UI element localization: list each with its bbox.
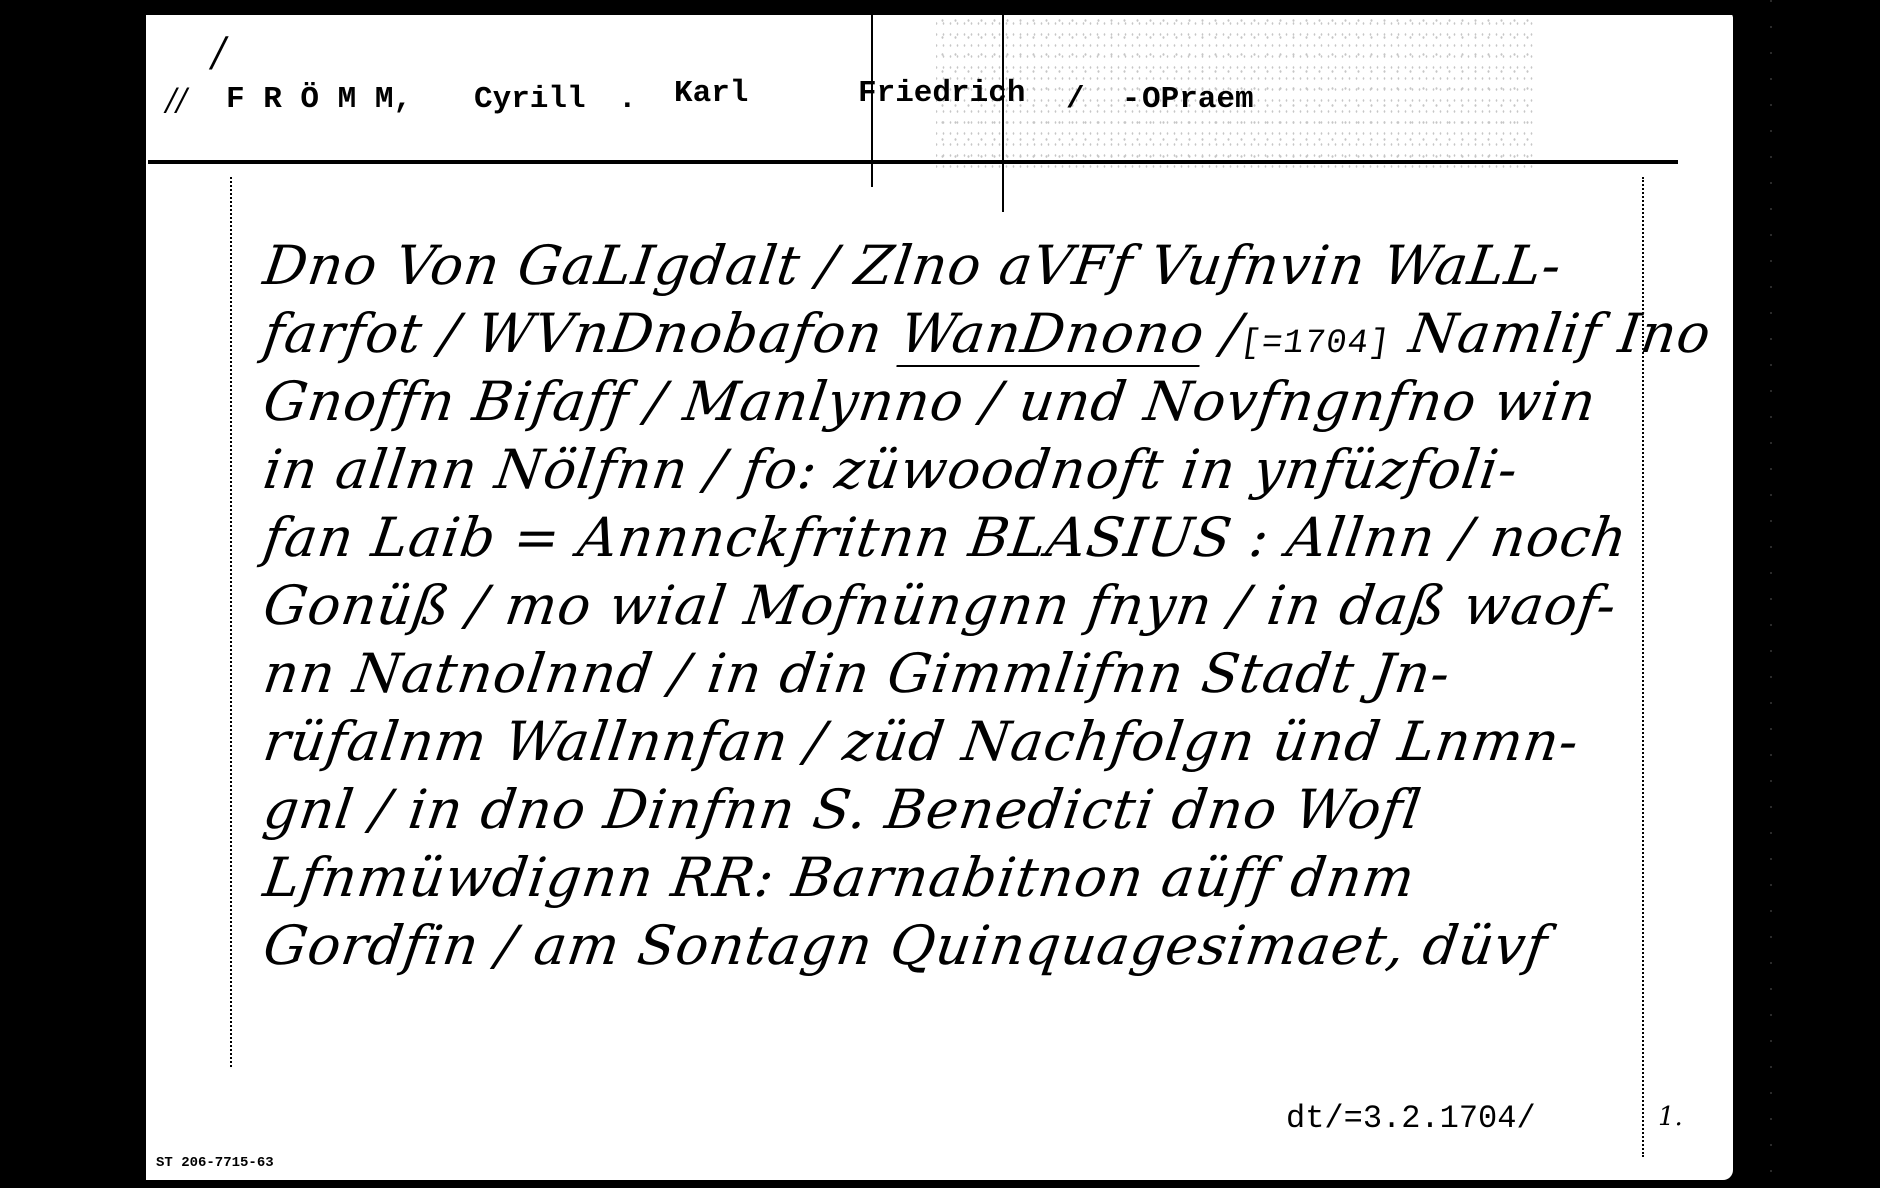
separator: / - — [1066, 82, 1140, 117]
scan-streak — [146, 12, 1733, 15]
handwritten-line: farfot / WVnDnobafon WanDnono /[=1704] N… — [259, 300, 1639, 368]
handwritten-body: Dno Von GaLIgdalt / Zlno aVFf Vufnvin Wa… — [264, 232, 1634, 980]
handwritten-line: Gordfin / am Sontagn Quinquagesimaet, dü… — [259, 912, 1639, 980]
scan-edge-artifact — [1770, 0, 1860, 1188]
religious-name: Cyrill — [474, 82, 586, 117]
pencil-mark: / — [212, 30, 225, 76]
typed-year-annotation: [=1704] — [1238, 325, 1393, 363]
corner-mark: 1. — [1658, 1102, 1683, 1132]
prefix-mark: // — [166, 82, 187, 118]
given-name-1: Karl — [674, 76, 748, 111]
header-rule — [148, 160, 1678, 164]
handwritten-line: Gnoffn Bifaff / Manlynno / und Novfngnfn… — [259, 368, 1639, 436]
handwritten-line: Dno Von GaLIgdalt / Zlno aVFf Vufnvin Wa… — [259, 232, 1639, 300]
line-segment: Namlif Ino — [1387, 302, 1715, 365]
handwritten-line: gnl / in dno Dinfnn S. Benedicti dno Wof… — [259, 776, 1639, 844]
footer-code: ST 206-7715-63 — [156, 1155, 274, 1171]
scan-streak — [1002, 12, 1004, 212]
surname: F R Ö M M, — [226, 82, 412, 117]
given-name-2: Friedrich — [858, 76, 1025, 111]
separator: . — [618, 82, 637, 117]
handwritten-line: rüfalnm Wallnnfan / züd Nachfolgn ünd Ln… — [259, 708, 1639, 776]
left-margin-line — [230, 177, 232, 1067]
underlined-word: WanDnono — [896, 302, 1209, 367]
handwritten-line: in allnn Nölfnn / fo: züwoodnoft in ynfü… — [259, 436, 1639, 504]
handwritten-line: Gonüß / mo wial Mofnüngnn fnyn / in daß … — [259, 572, 1639, 640]
line-segment: farfot / WVnDnobafon — [260, 302, 906, 365]
handwritten-line: fan Laib = Annnckfritnn BLASIUS : Allnn … — [259, 504, 1639, 572]
index-card: / // F R Ö M M, Cyrill . Karl Friedrich … — [146, 12, 1733, 1180]
order-abbreviation: OPraem — [1142, 82, 1254, 117]
handwritten-line: Lfnmüwdignn RR: Barnabitnon aüff dnm — [259, 844, 1639, 912]
typed-date-annotation: dt/=3.2.1704/ — [1286, 1100, 1536, 1137]
handwritten-line: nn Natnolnnd / in din Gimmlifnn Stadt Jn… — [259, 640, 1639, 708]
